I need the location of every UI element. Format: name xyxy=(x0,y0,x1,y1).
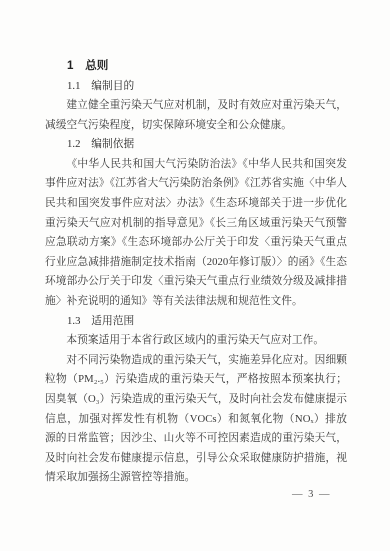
section-heading-1-1: 1.1 编制目的 xyxy=(45,77,347,97)
paragraph: 本预案适用于本省行政区域内的重污染天气应对工作。 xyxy=(45,331,347,351)
paragraph: 《中华人民共和国大气污染防治法》《中华人民共和国突发事件应对法》《江苏省大气污染… xyxy=(45,155,347,312)
document-page: 1 总则 1.1 编制目的 建立健全重污染天气应对机制，及时有效应对重污染天气，… xyxy=(0,0,390,551)
section-heading-1-3: 1.3 适用范围 xyxy=(45,312,347,332)
page-number: — 3 — xyxy=(292,489,331,500)
paragraph: 对不同污染物造成的重污染天气，实施差异化应对。因细颗粒物（PM₂.₅）污染造成的… xyxy=(45,351,347,488)
chapter-heading: 1 总则 xyxy=(45,56,347,77)
paragraph: 建立健全重污染天气应对机制，及时有效应对重污染天气，减缓空气污染程度，切实保障环… xyxy=(45,96,347,135)
document-content: 1 总则 1.1 编制目的 建立健全重污染天气应对机制，及时有效应对重污染天气，… xyxy=(45,56,347,488)
section-heading-1-2: 1.2 编制依据 xyxy=(45,135,347,155)
